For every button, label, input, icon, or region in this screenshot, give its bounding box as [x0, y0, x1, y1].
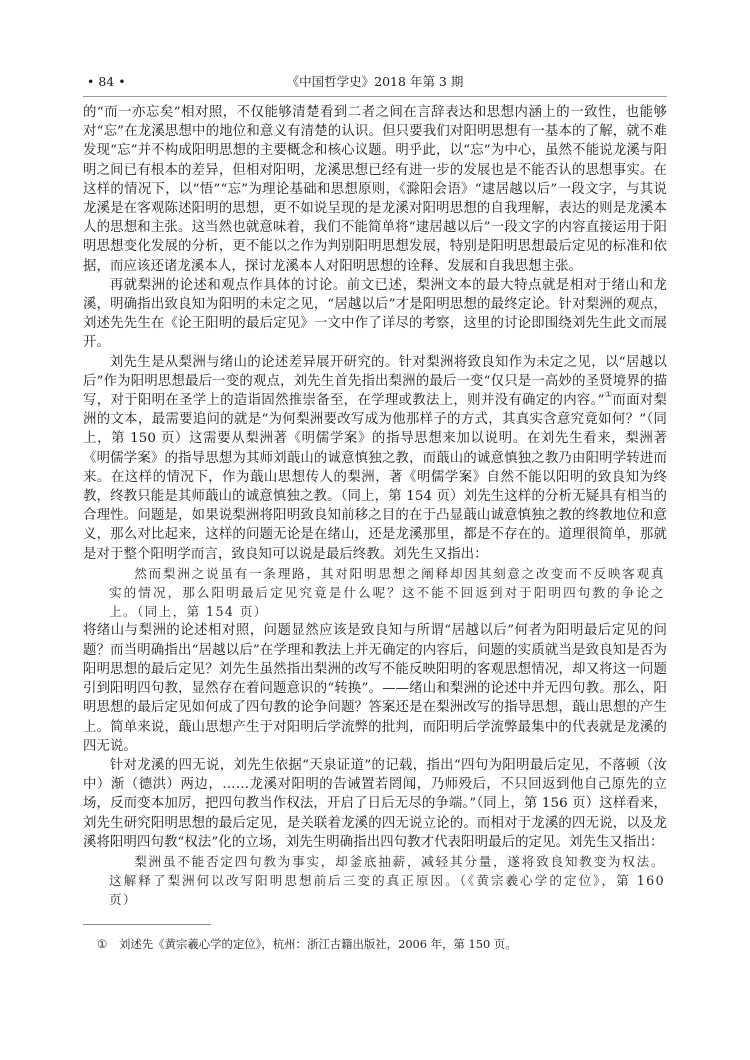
paragraph: 针对龙溪的四无说，刘先生依据“天泉证道”的记载，指出“四句为阳明最后定见，不落顿… [83, 756, 667, 852]
paragraph-continuation: 将绪山与梨洲的论述相对照，问题显然应该是致良知与所谓“居越以后”何者为阳明最后定… [83, 621, 667, 755]
paragraph-text: 而面对梨洲的文本，最需要追问的就是“为何梨洲要改写成为他那样子的方式，其真实含意… [83, 393, 667, 562]
footnote: ①刘述先《黄宗羲心学的定位》，杭州：浙江古籍出版社，2006 年，第 150 页… [97, 935, 657, 953]
footnote-rule [83, 924, 211, 925]
journal-page: • 84 • 《中国哲学史》2018 年第 3 期 的“而一亦忘矣”相对照，不仅… [83, 0, 667, 1060]
footnote-text: 刘述先《黄宗羲心学的定位》，杭州：浙江古籍出版社，2006 年，第 150 页。 [119, 937, 517, 951]
block-quote: 然而梨洲之说虽有一条理路，其对阳明思想之阐释却因其刻意之改变而不反映客观真实的情… [83, 564, 667, 622]
paragraph-continuation: 的“而一亦忘矣”相对照，不仅能够清楚看到二者之间在言辞表达和思想内涵上的一致性，… [83, 103, 667, 276]
article-body: 的“而一亦忘矣”相对照，不仅能够清楚看到二者之间在言辞表达和思想内涵上的一致性，… [83, 103, 667, 910]
header-rule [83, 96, 667, 97]
block-quote: 梨洲虽不能否定四句教为事实，却釜底抽薪，减轻其分量，遂将致良知教变为权法。这解释… [83, 852, 667, 910]
paragraph: 再就梨洲的论述和观点作具体的讨论。前文已述，梨洲文本的最大特点就是相对于绪山和龙… [83, 276, 667, 353]
paragraph-text: 刘先生是从梨洲与绪山的论述差异展开研究的。针对梨洲将致良知作为未定之见，以“居越… [83, 355, 667, 408]
footnote-mark: ① [97, 935, 119, 953]
journal-title: 《中国哲学史》2018 年第 3 期 [83, 72, 667, 92]
running-header: • 84 • 《中国哲学史》2018 年第 3 期 [83, 72, 667, 92]
paragraph-with-note: 刘先生是从梨洲与绪山的论述差异展开研究的。针对梨洲将致良知作为未定之见，以“居越… [83, 353, 667, 564]
